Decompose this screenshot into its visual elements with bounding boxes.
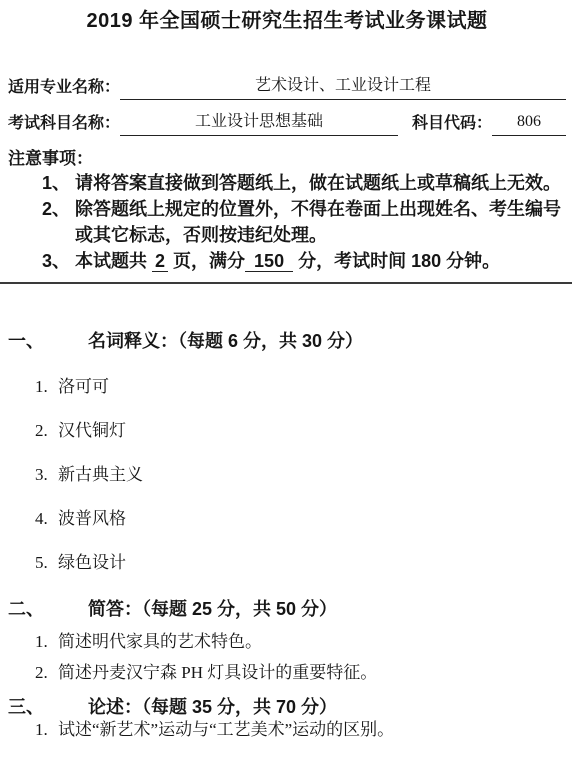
question-number: 5. [35, 552, 58, 573]
question-text: 波普风格 [58, 508, 126, 529]
question-item: 2. 汉代铜灯 [35, 420, 566, 441]
applicable-major-label: 适用专业名称： [8, 76, 120, 100]
exam-paper-page: 2019 年全国硕士研究生招生考试业务课试题 适用专业名称： 艺术设计、工业设计… [0, 0, 572, 758]
question-item: 4. 波普风格 [35, 508, 566, 529]
question-item: 1. 洛可可 [35, 376, 566, 397]
section-number: 二、 [8, 597, 88, 621]
exam-subject-value: 工业设计思想基础 [120, 110, 398, 136]
note-item-3: 3、 本试题共 2 页，满分150 分，考试时间 180 分钟。 [42, 248, 566, 274]
note-3-pre: 本试题共 [75, 251, 152, 271]
applicable-major-value: 艺术设计、工业设计工程 [120, 74, 566, 100]
question-number: 1. [35, 376, 58, 397]
question-number: 2. [35, 420, 58, 441]
question-item: 3. 新古典主义 [35, 464, 566, 485]
section-heading-text: 论述：（每题 35 分，共 70 分） [88, 695, 337, 719]
total-score-underlined: 150 [245, 251, 293, 272]
question-text: 绿色设计 [58, 552, 126, 573]
note-text: 除答题纸上规定的位置外，不得在卷面上出现姓名、考生编号或其它标志，否则按违纪处理… [75, 196, 566, 248]
question-item: 1. 试述“新艺术”运动与“工艺美术”运动的区别。 [35, 719, 566, 740]
question-text: 简述明代家具的艺术特色。 [58, 631, 262, 652]
question-number: 1. [35, 719, 58, 740]
section-terms: 一、 名词释义：（每题 6 分，共 30 分） 1. 洛可可 2. 汉代铜灯 3… [8, 329, 566, 573]
question-text: 汉代铜灯 [58, 420, 126, 441]
question-number: 1. [35, 631, 58, 652]
section-heading: 二、 简答：（每题 25 分，共 50 分） [8, 597, 566, 621]
note-number: 2、 [42, 196, 75, 248]
question-text: 简述丹麦汉宁森 PH 灯具设计的重要特征。 [58, 662, 377, 683]
question-text: 试述“新艺术”运动与“工艺美术”运动的区别。 [58, 719, 394, 740]
section-essay: 三、 论述：（每题 35 分，共 70 分） 1. 试述“新艺术”运动与“工艺美… [8, 695, 566, 740]
section-heading: 三、 论述：（每题 35 分，共 70 分） [8, 695, 566, 719]
notes-heading: 注意事项： [8, 148, 566, 170]
section-heading-text: 简答：（每题 25 分，共 50 分） [88, 597, 337, 621]
section-short-answer: 二、 简答：（每题 25 分，共 50 分） 1. 简述明代家具的艺术特色。 2… [8, 597, 566, 683]
question-item: 1. 简述明代家具的艺术特色。 [35, 631, 566, 652]
question-item: 5. 绿色设计 [35, 552, 566, 573]
section-heading: 一、 名词释义：（每题 6 分，共 30 分） [8, 329, 566, 353]
question-number: 3. [35, 464, 58, 485]
note-item-1: 1、 请将答案直接做到答题纸上，做在试题纸上或草稿纸上无效。 [42, 170, 566, 196]
section-number: 三、 [8, 695, 88, 719]
question-number: 4. [35, 508, 58, 529]
exam-subject-label: 考试科目名称： [8, 112, 120, 136]
question-text: 洛可可 [58, 376, 109, 397]
subject-code-value: 806 [492, 110, 566, 136]
note-3-mid: 页，满分 [168, 251, 245, 271]
subject-code-label: 科目代码： [412, 112, 492, 136]
question-item: 2. 简述丹麦汉宁森 PH 灯具设计的重要特征。 [35, 662, 566, 683]
exam-subject-row: 考试科目名称： 工业设计思想基础 科目代码： 806 [8, 110, 566, 136]
applicable-major-row: 适用专业名称： 艺术设计、工业设计工程 [8, 74, 566, 100]
section-divider [0, 282, 572, 284]
section-heading-text: 名词释义：（每题 6 分，共 30 分） [88, 329, 363, 353]
note-text: 请将答案直接做到答题纸上，做在试题纸上或草稿纸上无效。 [75, 170, 566, 196]
page-count-underlined: 2 [152, 251, 168, 272]
note-item-2: 2、 除答题纸上规定的位置外，不得在卷面上出现姓名、考生编号或其它标志，否则按违… [42, 196, 566, 248]
note-number: 3、 [42, 248, 75, 274]
question-number: 2. [35, 662, 58, 683]
header-fields: 适用专业名称： 艺术设计、工业设计工程 考试科目名称： 工业设计思想基础 科目代… [8, 74, 566, 136]
section-number: 一、 [8, 329, 88, 353]
question-text: 新古典主义 [58, 464, 143, 485]
note-3-post: 分，考试时间 180 分钟。 [293, 251, 500, 271]
note-text: 本试题共 2 页，满分150 分，考试时间 180 分钟。 [75, 248, 566, 274]
page-title: 2019 年全国硕士研究生招生考试业务课试题 [8, 8, 566, 34]
note-number: 1、 [42, 170, 75, 196]
